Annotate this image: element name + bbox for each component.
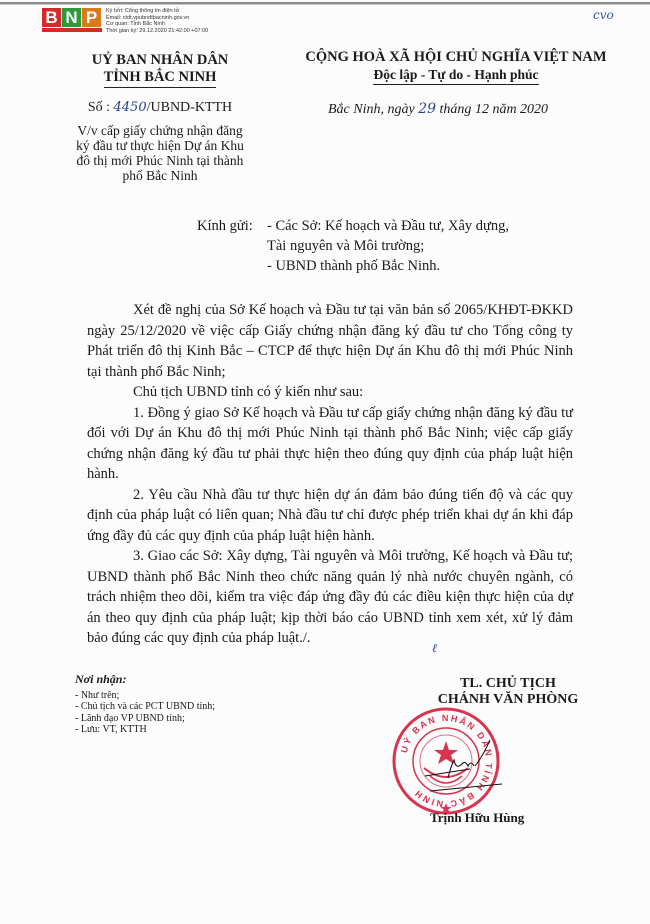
- addressee-line: Tài nguyên và Môi trường;: [267, 236, 627, 256]
- addressee-line: - UBND thành phố Bắc Ninh.: [267, 256, 627, 276]
- logo-strip: [42, 28, 102, 32]
- signature-info: Ký bởi: Cổng thông tin điện tử Email: ct…: [106, 8, 208, 34]
- signatory-name: Trịnh Hữu Hùng: [430, 810, 590, 826]
- signatory-line1: TL. CHỦ TỊCH: [408, 676, 608, 692]
- document-date: Bắc Ninh, ngày 29 tháng 12 năm 2020: [328, 101, 548, 118]
- national-motto: CỘNG HOÀ XÃ HỘI CHỦ NGHĨA VIỆT NAM Độc l…: [276, 49, 636, 85]
- date-month-label: tháng: [436, 102, 475, 117]
- motto-line1: CỘNG HOÀ XÃ HỘI CHỦ NGHĨA VIỆT NAM: [276, 49, 636, 66]
- document-body: Xét đề nghị của Sở Kế hoạch và Đầu tư tạ…: [87, 300, 573, 649]
- date-month: 12: [475, 102, 489, 117]
- body-paragraph: Chủ tịch UBND tỉnh có ý kiến như sau:: [87, 382, 573, 403]
- addressee-line: - Các Sở: Kế hoạch và Đầu tư, Xây dựng,: [267, 216, 627, 236]
- recipient-item: - Lãnh đạo VP UBND tỉnh;: [75, 713, 215, 725]
- logo-letter-b: B: [42, 8, 61, 27]
- initial-mark: ℓ: [432, 641, 437, 656]
- body-paragraph: 2. Yêu cầu Nhà đầu tư thực hiện dự án đả…: [87, 485, 573, 547]
- corner-handwriting: cvo: [593, 8, 614, 22]
- document-number: Số : 4450/UBND-KTTH: [60, 100, 260, 116]
- number-suffix: /UBND-KTTH: [147, 100, 233, 115]
- digital-signature-block: B N P Ký bởi: Cổng thông tin điện tử Ema…: [42, 8, 208, 34]
- issuing-authority: UỶ BAN NHÂN DÂN TỈNH BẮC NINH: [60, 52, 260, 88]
- date-day: 29: [418, 101, 436, 117]
- date-year: năm 2020: [489, 102, 548, 117]
- date-place: Bắc Ninh, ngày: [328, 102, 418, 117]
- recipient-item: - Như trên;: [75, 690, 215, 702]
- logo-letter-p: P: [82, 8, 101, 27]
- official-seal-icon: UỶ BAN NHÂN DÂN TỈNH BẮC NINH: [390, 706, 502, 816]
- bnp-logo: B N P: [42, 8, 102, 32]
- scan-top-border-shadow: [0, 4, 650, 5]
- recipient-item: - Chủ tịch và các PCT UBND tỉnh;: [75, 701, 215, 713]
- motto-line2: Độc lập - Tự do - Hạnh phúc: [373, 66, 538, 85]
- authority-line1: UỶ BAN NHÂN DÂN: [60, 52, 260, 69]
- signatory-title: TL. CHỦ TỊCH CHÁNH VĂN PHÒNG: [408, 676, 608, 708]
- subject: V/v cấp giấy chứng nhận đăng ký đầu tư t…: [70, 123, 250, 183]
- body-paragraph: Xét đề nghị của Sở Kế hoạch và Đầu tư tạ…: [87, 300, 573, 382]
- logo-letter-n: N: [62, 8, 81, 27]
- body-paragraph: 3. Giao các Sở: Xây dựng, Tài nguyên và …: [87, 546, 573, 649]
- body-paragraph: 1. Đồng ý giao Sở Kế hoạch và Đầu tư cấp…: [87, 403, 573, 485]
- recipients: Nơi nhận: - Như trên; - Chủ tịch và các …: [75, 674, 215, 736]
- number-handwritten: 4450: [114, 100, 147, 115]
- time-label: Thời gian ký: 29.12.2020 21:42:00 +07:00: [106, 28, 208, 35]
- addressees-label: Kính gửi:: [197, 216, 253, 236]
- recipient-item: - Lưu: VT, KTTH: [75, 724, 215, 736]
- number-prefix: Số :: [88, 100, 114, 115]
- recipients-title: Nơi nhận:: [75, 674, 215, 686]
- authority-line2: TỈNH BẮC NINH: [104, 69, 217, 88]
